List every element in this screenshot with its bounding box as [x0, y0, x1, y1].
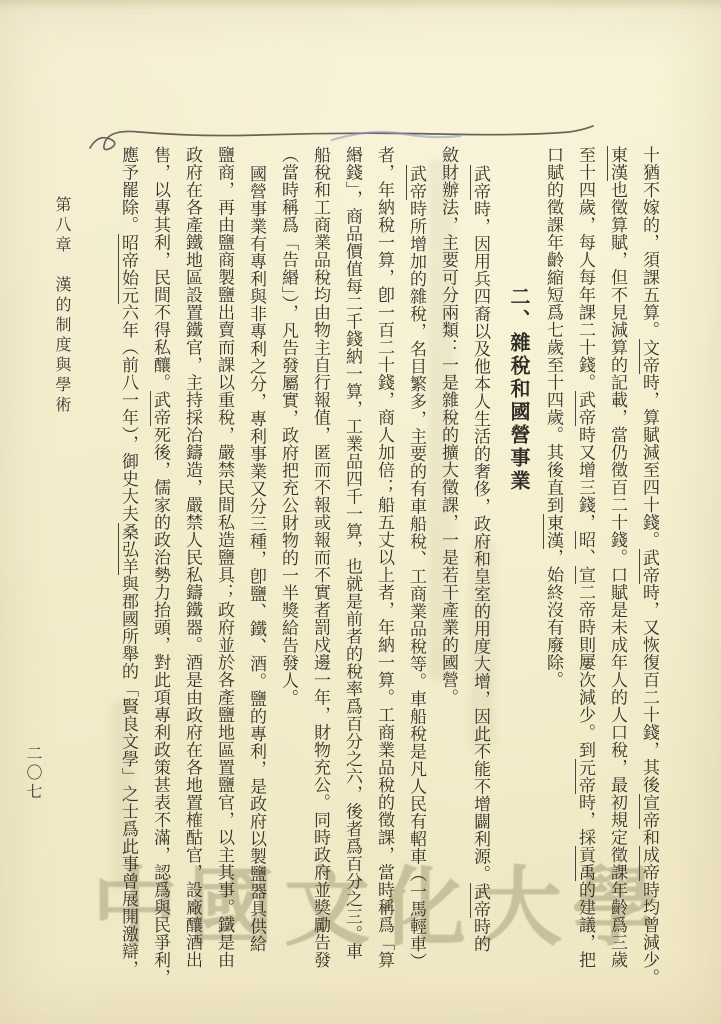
text-column-3: 至十四歲，每人每年課二十錢。武帝時又增三錢，昭、宣二帝時則屢次減少。到元帝時，採…: [575, 146, 595, 998]
text-column-7: 武帝時所增加的雜稅，名目繁多，主要的有車船稅、工商業品稅等。車船稅是凡人民有軺車…: [406, 146, 426, 998]
text-column-15: 售，以專其利，民間不得私釀。武帝死後，儒家的政治勢力抬頭，對此項專利政策甚表不滿…: [150, 146, 170, 998]
text-column-12: 國營事業有專利與非專利之分，專利事業又分三種，卽鹽、鐵、酒。鹽的專利，是政府以製…: [246, 146, 266, 998]
text-column-5: 武帝時，因用兵四裔以及他本人生活的奢侈，政府和皇室的用度大增，因此不能不增闢利源…: [470, 146, 490, 998]
scanned-book-page: 中國文化大學 第八章 漢的制度與學術 二〇七 十猶不嫁的，須課五算。文帝時，算賦…: [0, 0, 721, 1024]
text-column-10: 船稅和工商業品稅均由物主自行報值，匿而不報或報而不實者罰戍邊一年，財物充公。同時…: [310, 146, 330, 998]
text-column-13: 鹽商，再由鹽商製鹽出賣而課以重稅，嚴禁民間私造鹽具；政府並於各產鹽地區置鹽官，以…: [214, 146, 234, 998]
running-head-chapter-title: 第八章 漢的制度與學術: [50, 196, 73, 416]
body-text: 十猶不嫁的，須課五算。文帝時，算賦減至四十錢。武帝時，又恢復百二十錢，其後宣帝和…: [93, 146, 659, 1006]
text-column-9: 緡錢」，商品價值每二千錢納一算，工業品四千一算，也就是前者的稅率爲百分之六，後者…: [342, 146, 362, 998]
handwritten-ink-line: [86, 124, 596, 156]
text-column-14: 政府在各產鐵地區設置鐵官，主持採冶鑄造，嚴禁人民私鑄鐵器。酒是由政府在各地置榷酤…: [182, 146, 202, 998]
text-column-2: 東漢也徵算賦，但不見減算的記載，當仍徵百二十錢。口賦是未成年人的人口稅，最初規定…: [607, 146, 627, 998]
text-column-16: 應予罷除。昭帝始元六年（前八一年），御史大夫桑弘羊與郡國所舉的「賢良文學」之士爲…: [118, 146, 138, 998]
text-column-8: 者，年納稅一算，卽一百二十錢，商人加倍；船五丈以上者，年納一算。工商業品稅的徵課…: [374, 146, 394, 998]
text-column-6: 斂財辦法，主要可分兩類：一是雜稅的擴大徵課，一是若干產業的國營。: [438, 146, 458, 998]
page-number: 二〇七: [21, 745, 44, 802]
text-column-1: 十猶不嫁的，須課五算。文帝時，算賦減至四十錢。武帝時，又恢復百二十錢，其後宣帝和…: [639, 146, 659, 998]
text-column-11: （當時稱爲「告緡」），凡告發屬實，政府把充公財物的一半獎給告發人。: [278, 146, 298, 998]
text-column-4: 口賦的徵課年齡縮短爲七歲至十四歲。其後直到東漢，始終沒有廢除。: [543, 146, 563, 998]
section-heading: 二、雜稅和國營事業: [505, 146, 531, 998]
